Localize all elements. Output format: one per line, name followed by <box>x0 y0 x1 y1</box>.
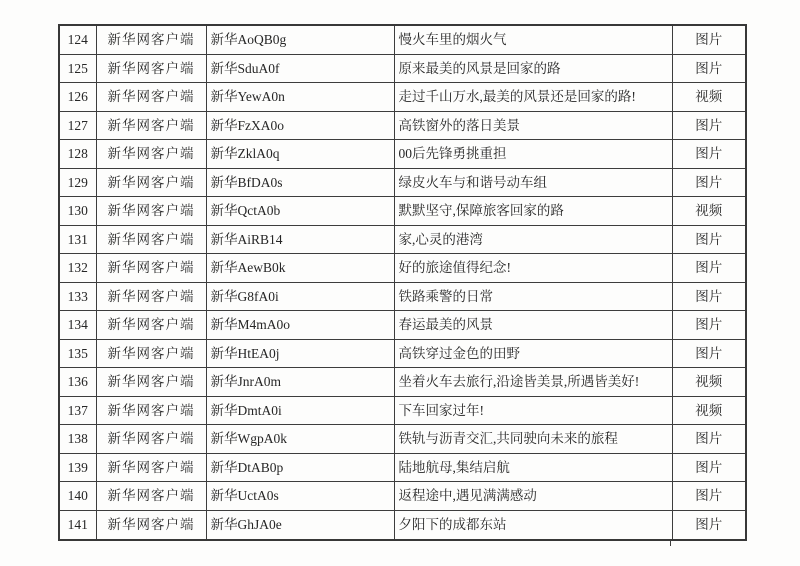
table-row: 125新华网客户端新华SduA0f原来最美的风景是回家的路图片 <box>59 54 746 83</box>
cell-code: 新华YewA0n <box>206 83 394 112</box>
cell-account: 新华网客户端 <box>96 54 206 83</box>
cell-row-number: 135 <box>59 339 96 368</box>
cell-account: 新华网客户端 <box>96 339 206 368</box>
cell-row-number: 126 <box>59 83 96 112</box>
cell-type: 图片 <box>672 25 746 54</box>
table-row: 131新华网客户端新华AiRB14家,心灵的港湾图片 <box>59 225 746 254</box>
cell-row-number: 133 <box>59 282 96 311</box>
cell-type: 视频 <box>672 197 746 226</box>
cell-type: 图片 <box>672 339 746 368</box>
cell-account: 新华网客户端 <box>96 368 206 397</box>
table-row: 129新华网客户端新华BfDA0s绿皮火车与和谐号动车组图片 <box>59 168 746 197</box>
cell-title: 走过千山万水,最美的风景还是回家的路! <box>394 83 672 112</box>
cell-row-number: 125 <box>59 54 96 83</box>
cell-type: 图片 <box>672 254 746 283</box>
cell-type: 图片 <box>672 311 746 340</box>
cell-row-number: 132 <box>59 254 96 283</box>
cell-row-number: 139 <box>59 453 96 482</box>
cell-type: 图片 <box>672 225 746 254</box>
cell-title: 返程途中,遇见满满感动 <box>394 482 672 511</box>
cell-account: 新华网客户端 <box>96 225 206 254</box>
table-row: 135新华网客户端新华HtEA0j高铁穿过金色的田野图片 <box>59 339 746 368</box>
table-row: 130新华网客户端新华QctA0b默默坚守,保障旅客回家的路视频 <box>59 197 746 226</box>
cell-title: 坐着火车去旅行,沿途皆美景,所遇皆美好! <box>394 368 672 397</box>
cell-row-number: 124 <box>59 25 96 54</box>
cell-account: 新华网客户端 <box>96 311 206 340</box>
table-row: 136新华网客户端新华JnrA0m坐着火车去旅行,沿途皆美景,所遇皆美好!视频 <box>59 368 746 397</box>
cell-code: 新华BfDA0s <box>206 168 394 197</box>
cell-account: 新华网客户端 <box>96 282 206 311</box>
cell-row-number: 128 <box>59 140 96 169</box>
cell-type: 图片 <box>672 425 746 454</box>
cell-row-number: 137 <box>59 396 96 425</box>
cell-type: 图片 <box>672 282 746 311</box>
cell-code: 新华DmtA0i <box>206 396 394 425</box>
cell-type: 图片 <box>672 168 746 197</box>
cell-title: 00后先锋勇挑重担 <box>394 140 672 169</box>
table-row: 141新华网客户端新华GhJA0e夕阳下的成都东站图片 <box>59 510 746 540</box>
cell-account: 新华网客户端 <box>96 25 206 54</box>
cell-code: 新华AewB0k <box>206 254 394 283</box>
table-body: 124新华网客户端新华AoQB0g慢火车里的烟火气图片125新华网客户端新华Sd… <box>59 25 746 540</box>
cell-type: 图片 <box>672 453 746 482</box>
cell-code: 新华M4mA0o <box>206 311 394 340</box>
table-row: 128新华网客户端新华ZklA0q00后先锋勇挑重担图片 <box>59 140 746 169</box>
cell-account: 新华网客户端 <box>96 83 206 112</box>
table-row: 124新华网客户端新华AoQB0g慢火车里的烟火气图片 <box>59 25 746 54</box>
cell-account: 新华网客户端 <box>96 482 206 511</box>
cell-title: 春运最美的风景 <box>394 311 672 340</box>
cell-row-number: 131 <box>59 225 96 254</box>
cell-account: 新华网客户端 <box>96 168 206 197</box>
cell-row-number: 140 <box>59 482 96 511</box>
cell-account: 新华网客户端 <box>96 396 206 425</box>
cell-row-number: 130 <box>59 197 96 226</box>
cell-row-number: 141 <box>59 510 96 540</box>
cell-code: 新华GhJA0e <box>206 510 394 540</box>
cell-type: 视频 <box>672 83 746 112</box>
cell-row-number: 134 <box>59 311 96 340</box>
table-row: 133新华网客户端新华G8fA0i铁路乘警的日常图片 <box>59 282 746 311</box>
cell-row-number: 138 <box>59 425 96 454</box>
cell-code: 新华AiRB14 <box>206 225 394 254</box>
cell-account: 新华网客户端 <box>96 510 206 540</box>
cell-type: 图片 <box>672 140 746 169</box>
cell-title: 家,心灵的港湾 <box>394 225 672 254</box>
table-row: 137新华网客户端新华DmtA0i下车回家过年!视频 <box>59 396 746 425</box>
table-row: 134新华网客户端新华M4mA0o春运最美的风景图片 <box>59 311 746 340</box>
cell-code: 新华AoQB0g <box>206 25 394 54</box>
cell-title: 铁轨与沥青交汇,共同驶向未来的旅程 <box>394 425 672 454</box>
cell-code: 新华UctA0s <box>206 482 394 511</box>
cell-title: 夕阳下的成都东站 <box>394 510 672 540</box>
cell-account: 新华网客户端 <box>96 197 206 226</box>
cell-type: 图片 <box>672 111 746 140</box>
table-row: 140新华网客户端新华UctA0s返程途中,遇见满满感动图片 <box>59 482 746 511</box>
cell-code: 新华JnrA0m <box>206 368 394 397</box>
cell-row-number: 136 <box>59 368 96 397</box>
cell-account: 新华网客户端 <box>96 111 206 140</box>
cell-title: 陆地航母,集结启航 <box>394 453 672 482</box>
table-row: 138新华网客户端新华WgpA0k铁轨与沥青交汇,共同驶向未来的旅程图片 <box>59 425 746 454</box>
cell-code: 新华G8fA0i <box>206 282 394 311</box>
cell-code: 新华DtAB0p <box>206 453 394 482</box>
cell-title: 高铁穿过金色的田野 <box>394 339 672 368</box>
content-table: 124新华网客户端新华AoQB0g慢火车里的烟火气图片125新华网客户端新华Sd… <box>58 24 747 541</box>
cell-account: 新华网客户端 <box>96 425 206 454</box>
cell-title: 慢火车里的烟火气 <box>394 25 672 54</box>
cell-code: 新华SduA0f <box>206 54 394 83</box>
scanned-document-page: 124新华网客户端新华AoQB0g慢火车里的烟火气图片125新华网客户端新华Sd… <box>0 0 800 566</box>
table-row: 132新华网客户端新华AewB0k好的旅途值得纪念!图片 <box>59 254 746 283</box>
cell-type: 图片 <box>672 482 746 511</box>
scan-artifact-line <box>670 540 671 546</box>
cell-title: 下车回家过年! <box>394 396 672 425</box>
cell-account: 新华网客户端 <box>96 254 206 283</box>
cell-title: 默默坚守,保障旅客回家的路 <box>394 197 672 226</box>
cell-type: 图片 <box>672 54 746 83</box>
cell-title: 铁路乘警的日常 <box>394 282 672 311</box>
cell-type: 图片 <box>672 510 746 540</box>
cell-title: 好的旅途值得纪念! <box>394 254 672 283</box>
cell-row-number: 129 <box>59 168 96 197</box>
cell-title: 绿皮火车与和谐号动车组 <box>394 168 672 197</box>
cell-code: 新华QctA0b <box>206 197 394 226</box>
cell-code: 新华FzXA0o <box>206 111 394 140</box>
table-row: 139新华网客户端新华DtAB0p陆地航母,集结启航图片 <box>59 453 746 482</box>
cell-type: 视频 <box>672 368 746 397</box>
cell-code: 新华HtEA0j <box>206 339 394 368</box>
table-row: 126新华网客户端新华YewA0n走过千山万水,最美的风景还是回家的路!视频 <box>59 83 746 112</box>
cell-title: 高铁窗外的落日美景 <box>394 111 672 140</box>
table-row: 127新华网客户端新华FzXA0o高铁窗外的落日美景图片 <box>59 111 746 140</box>
cell-title: 原来最美的风景是回家的路 <box>394 54 672 83</box>
cell-code: 新华ZklA0q <box>206 140 394 169</box>
cell-row-number: 127 <box>59 111 96 140</box>
cell-code: 新华WgpA0k <box>206 425 394 454</box>
cell-account: 新华网客户端 <box>96 140 206 169</box>
cell-type: 视频 <box>672 396 746 425</box>
cell-account: 新华网客户端 <box>96 453 206 482</box>
